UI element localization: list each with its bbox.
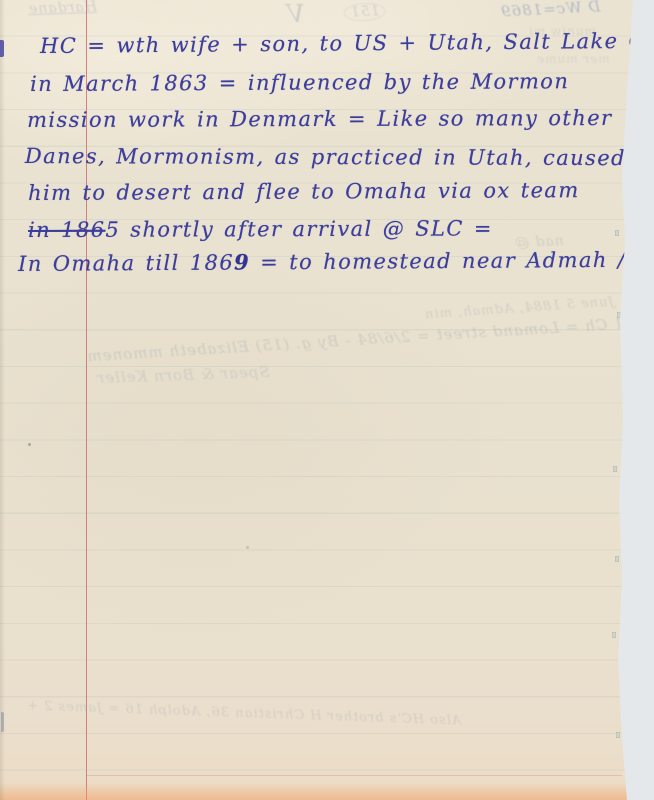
binding-notch bbox=[612, 632, 616, 638]
handwritten-line: Danes, Mormonism, as practiced in Utah, … bbox=[25, 144, 626, 170]
handwritten-line: in March 1863 = influenced by the Mormon bbox=[30, 69, 569, 96]
handwriting-text: Danes, Mormonism, as practiced in Utah, … bbox=[25, 144, 626, 170]
binding-notch bbox=[613, 466, 617, 472]
cutoff-ink-mark bbox=[0, 40, 4, 57]
binding-notch bbox=[615, 230, 619, 236]
struck-through-text: in 186 bbox=[28, 218, 105, 242]
paper-speck bbox=[28, 443, 31, 446]
handwriting-text: mission work in Denmark = Like so many o… bbox=[27, 106, 612, 132]
ink-bleedthrough: Hardane bbox=[28, 0, 97, 17]
handwriting-text: = to homestead near Admah / bbox=[250, 248, 626, 275]
handwriting-text: In Omaha till 186 bbox=[18, 250, 234, 276]
handwritten-line: In Omaha till 1869 = to homestead near A… bbox=[18, 247, 626, 276]
overwritten-digit: 9 bbox=[234, 249, 250, 274]
cutoff-ink-mark bbox=[1, 712, 4, 732]
handwriting-text: in March 1863 = influenced by the Mormon bbox=[30, 69, 569, 96]
ink-bleedthrough-circled-number: 151 bbox=[344, 2, 387, 22]
handwritten-line: mission work in Denmark = Like so many o… bbox=[27, 106, 612, 132]
notebook-page: Hardane V 151 D Wc=1869 muniw mi mer mum… bbox=[0, 0, 654, 800]
ink-bleedthrough-checkmark: V bbox=[286, 0, 304, 28]
handwritten-line: him to desert and flee to Omaha via ox t… bbox=[28, 178, 580, 205]
handwriting-text: 5 shortly after arrival @ SLC = bbox=[105, 216, 493, 241]
ink-bleedthrough-smudge: mer mume bbox=[536, 52, 610, 66]
page-edge-shadow bbox=[0, 0, 5, 800]
bleedthrough-rule-line bbox=[86, 775, 622, 776]
paper-speck bbox=[246, 546, 249, 549]
binding-notch bbox=[615, 556, 619, 562]
scan-edge-gradient bbox=[0, 782, 630, 800]
handwritten-line: in 1865 shortly after arrival @ SLC = bbox=[28, 216, 493, 242]
handwriting-text: him to desert and flee to Omaha via ox t… bbox=[28, 178, 580, 205]
binding-notch bbox=[616, 732, 620, 738]
